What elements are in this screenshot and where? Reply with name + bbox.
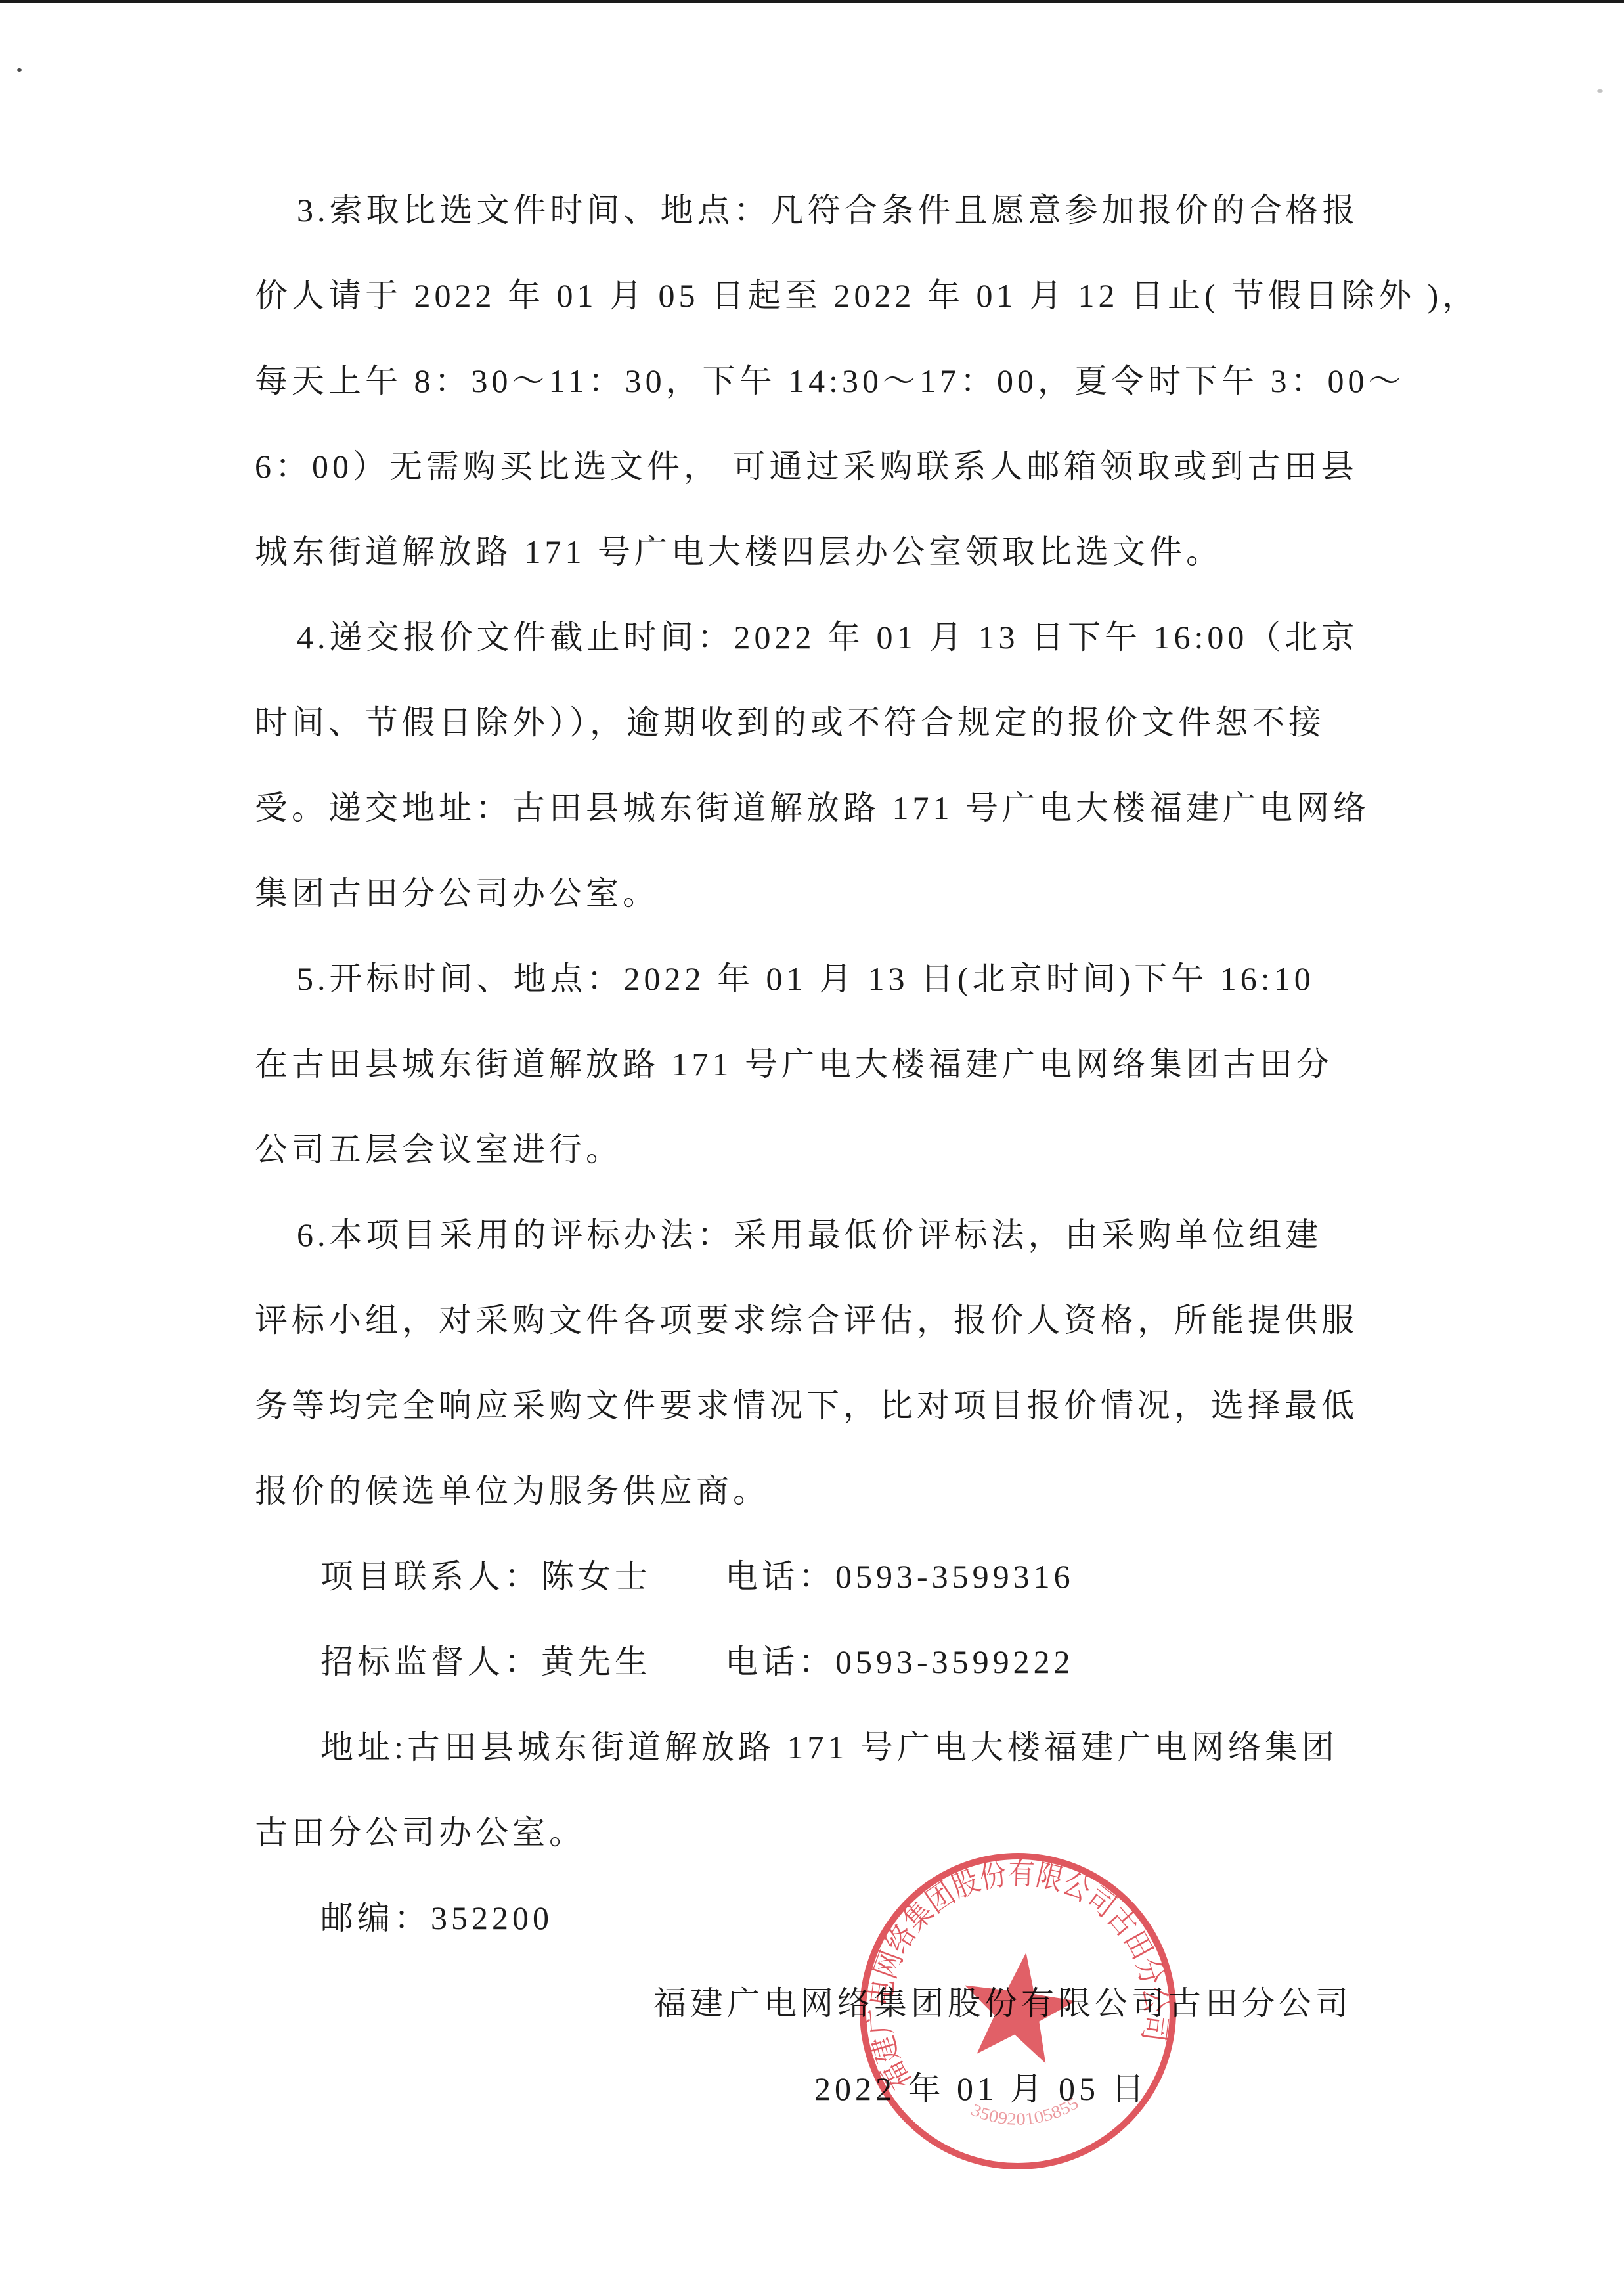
document-line: 公司五层会议室进行。	[255, 1107, 1411, 1192]
document-line: 4.递交报价文件截止时间：2022 年 01 月 13 日下午 16:00（北京	[255, 594, 1411, 680]
document-line: 5.开标时间、地点：2022 年 01 月 13 日(北京时间)下午 16:10	[255, 936, 1411, 1021]
document-line: 在古田县城东街道解放路 171 号广电大楼福建广电网络集团古田分	[255, 1021, 1411, 1107]
project-contact-line: 项目联系人：陈女士 电话：0593-3599316	[255, 1534, 1411, 1619]
scan-speck	[1597, 89, 1603, 93]
document-line: 6：00）无需购买比选文件， 可通过采购联系人邮箱领取或到古田县	[255, 424, 1411, 509]
scan-speck	[17, 68, 22, 72]
star-icon	[955, 1945, 1082, 2066]
document-line: 受。递交地址：古田县城东街道解放路 171 号广电大楼福建广电网络	[255, 765, 1411, 851]
document-line: 时间、节假日除外）），逾期收到的或不符合规定的报价文件恕不接	[255, 680, 1411, 765]
svg-text:350920105855: 350920105855	[967, 2093, 1083, 2132]
document-line: 3.索取比选文件时间、地点：凡符合条件且愿意参加报价的合格报	[255, 167, 1411, 253]
supervisor-contact-line: 招标监督人：黄先生 电话：0593-3599222	[255, 1619, 1411, 1704]
scan-edge-artifact	[0, 0, 1624, 3]
signature-date-line: 2022 年 01 月 05 日	[255, 2046, 1411, 2131]
document-line: 6.本项目采用的评标办法：采用最低价评标法，由采购单位组建	[255, 1192, 1411, 1278]
address-line: 地址:古田县城东街道解放路 171 号广电大楼福建广电网络集团	[255, 1704, 1411, 1790]
seal-ring-text: 福建广电网络集团股份有限公司古田分公司	[853, 1846, 1177, 2097]
seal-serial-number: 350920105855	[967, 2093, 1083, 2132]
document-line: 集团古田分公司办公室。	[255, 851, 1411, 936]
document-line: 每天上午 8：30～11：30，下午 14:30～17：00，夏令时下午 3：0…	[255, 338, 1411, 424]
company-seal-stamp: 福建广电网络集团股份有限公司古田分公司 350920105855	[851, 1844, 1185, 2178]
document-line: 评标小组，对采购文件各项要求综合评估，报价人资格，所能提供服	[255, 1278, 1411, 1363]
document-line: 报价的候选单位为服务供应商。	[255, 1448, 1411, 1534]
address-line: 古田分公司办公室。	[255, 1790, 1411, 1875]
document-line: 价人请于 2022 年 01 月 05 日起至 2022 年 01 月 12 日…	[255, 253, 1411, 338]
document-line: 城东街道解放路 171 号广电大楼四层办公室领取比选文件。	[255, 509, 1411, 594]
document-body: 3.索取比选文件时间、地点：凡符合条件且愿意参加报价的合格报 价人请于 2022…	[255, 167, 1411, 2131]
scanned-document-page: 3.索取比选文件时间、地点：凡符合条件且愿意参加报价的合格报 价人请于 2022…	[0, 0, 1624, 2291]
signature-company-line: 福建广电网络集团股份有限公司古田分公司	[255, 1961, 1411, 2046]
postcode-line: 邮编：352200	[255, 1875, 1411, 1961]
svg-text:福建广电网络集团股份有限公司古田分公司: 福建广电网络集团股份有限公司古田分公司	[853, 1846, 1177, 2097]
document-line: 务等均完全响应采购文件要求情况下，比对项目报价情况，选择最低	[255, 1363, 1411, 1448]
